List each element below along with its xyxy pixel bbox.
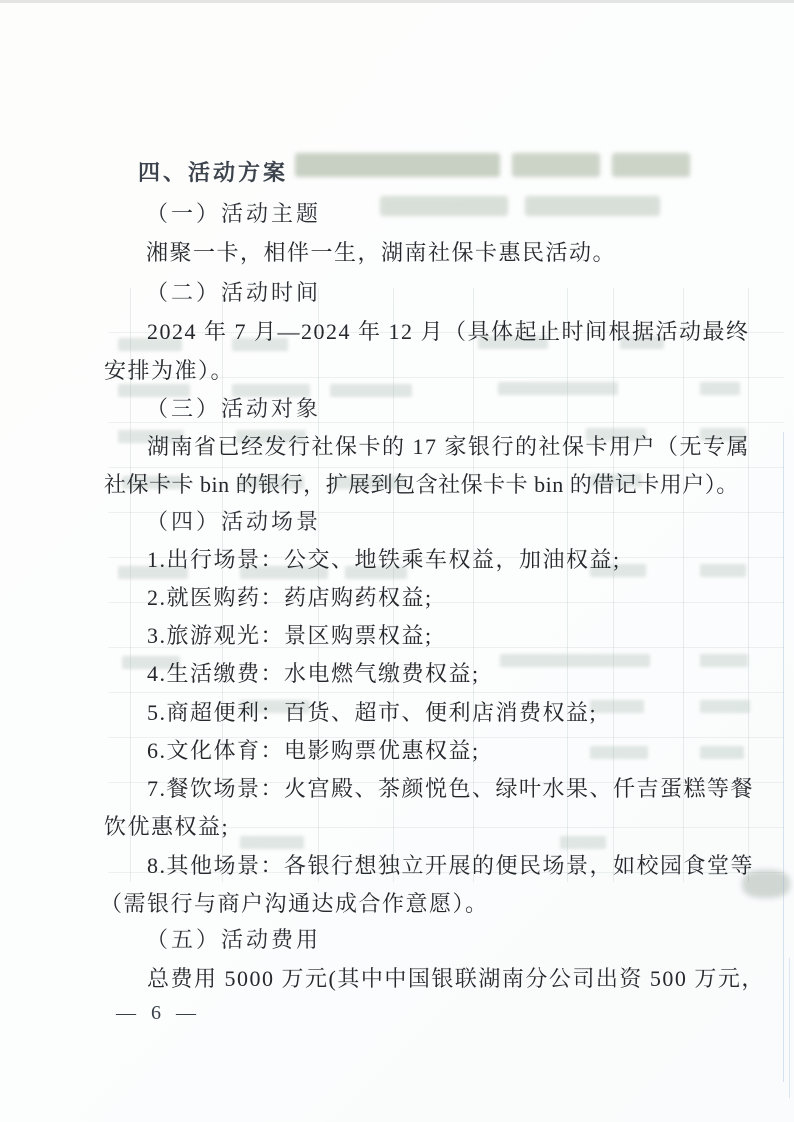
scene-item-2: 2.就医购药：药店购药权益; [147,581,433,611]
bleedthrough-smudge [512,153,600,177]
budget-line-1: 总费用 5000 万元(其中中国银联湖南分公司出资 500 万元， [147,962,765,992]
audience-line-1: 湖南省已经发行社保卡的 17 家银行的社保卡用户（无专属 [147,430,750,460]
bleedthrough-cell-text [700,564,746,577]
scene-item-8-line-1: 8.其他场景：各银行想独立开展的便民场景，如校园食堂等 [147,849,754,879]
activity-theme-text: 湘聚一卡，相伴一生，湖南社保卡惠民活动。 [146,236,616,266]
bleedthrough-cell-text [500,654,650,667]
scene-item-1: 1.出行场景：公交、地铁乘车权益，加油权益; [147,543,621,573]
audience-line-2: 社保卡卡 bin 的银行，扩展到包含社保卡卡 bin 的借记卡用户）。 [104,468,739,498]
bleedthrough-cell-text [590,700,644,713]
bleedthrough-cell-text [700,746,744,759]
activity-time-line-1: 2024 年 7 月—2024 年 12 月（具体起止时间根据活动最终 [147,315,750,345]
bleedthrough-cell-text [700,700,750,713]
bleedthrough-smudge [295,153,500,177]
scan-edge-line [783,432,784,1082]
scene-item-7-line-2: 饮优惠权益; [104,810,229,840]
scene-item-4: 4.生活缴费：水电燃气缴费权益; [147,657,480,687]
bleedthrough-cell-text [240,836,304,849]
scene-item-5: 5.商超便利：百货、超市、便利店消费权益; [147,696,597,726]
activity-time-line-2: 安排为准）。 [104,354,234,384]
bleedthrough-cell-text [498,382,618,395]
scanned-document-page: 四、活动方案 （一）活动主题 湘聚一卡，相伴一生，湖南社保卡惠民活动。 （二）活… [0,0,794,1122]
subsection-1-title: （一）活动主题 [146,197,321,227]
bleedthrough-cell-text [560,836,606,849]
scene-item-3: 3.旅游观光：景区购票权益; [147,619,433,649]
bleedthrough-smudge [612,153,690,177]
bleedthrough-smudge [525,196,660,216]
bleedthrough-cell-text [590,746,648,759]
scene-item-6: 6.文化体育：电影购票优惠权益; [147,734,480,764]
bleedthrough-smudge [380,196,508,216]
subsection-5-title: （五）活动费用 [146,923,321,953]
section-heading: 四、活动方案 [138,156,288,186]
subsection-3-title: （三）活动对象 [146,392,321,422]
page-number: — 6 — [116,1002,201,1025]
bleedthrough-cell-text [330,384,412,397]
subsection-4-title: （四）活动场景 [146,505,321,535]
scan-edge-line [789,958,790,1098]
subsection-2-title: （二）活动时间 [146,276,321,306]
scene-item-8-line-2: （需银行与商户沟通达成合作意愿）。 [100,887,489,917]
bleedthrough-cell-text [700,382,740,395]
bleedthrough-cell-text [700,654,748,667]
scene-item-7-line-1: 7.餐饮场景：火宫殿、茶颜悦色、绿叶水果、仟吉蛋糕等餐 [147,772,754,802]
